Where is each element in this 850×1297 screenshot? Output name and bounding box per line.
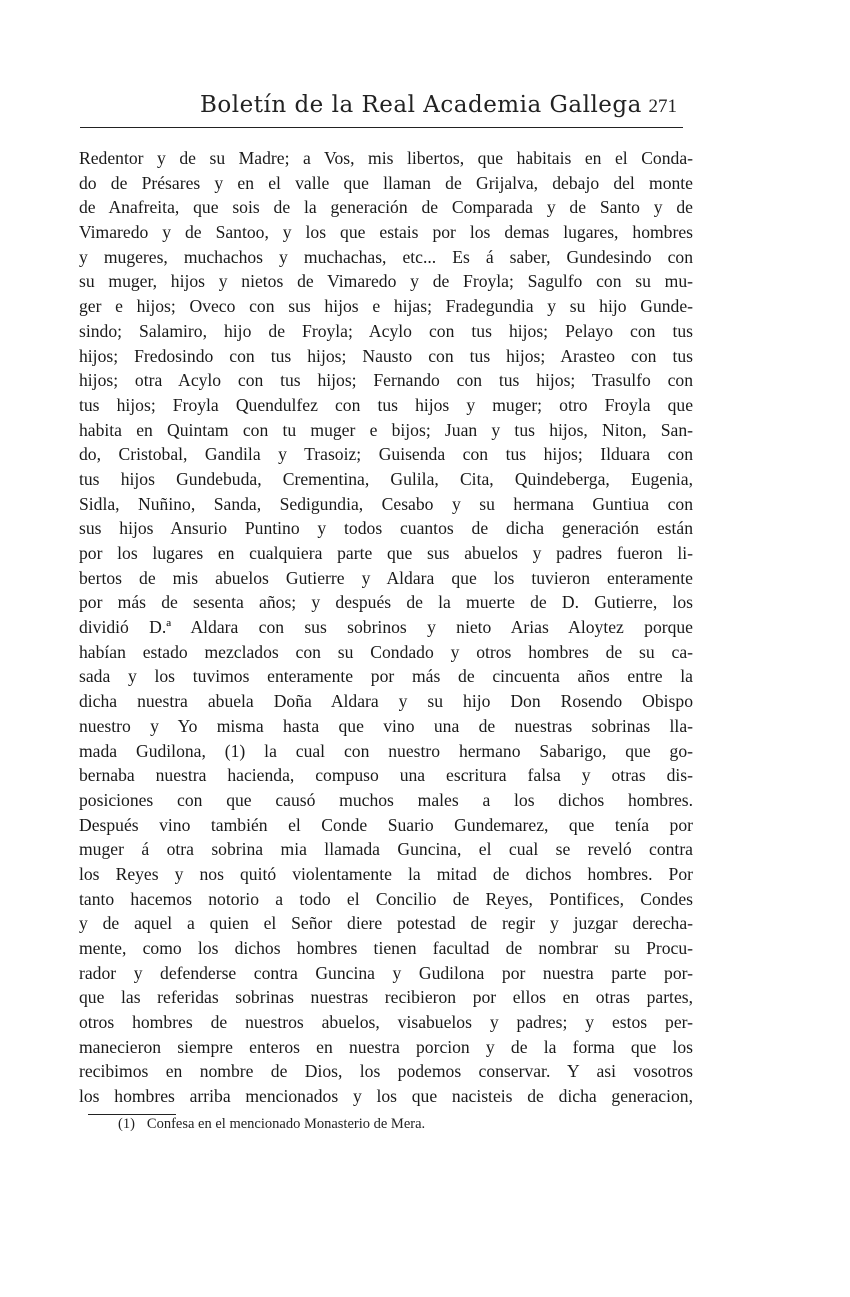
- page-number: 271: [649, 96, 678, 118]
- text-line: muger á otra sobrina mia llamada Guncina…: [79, 837, 693, 862]
- text-line: hijos; otra Acylo con tus hijos; Fernand…: [79, 368, 693, 393]
- text-line: los Reyes y nos quitó violentamente la m…: [79, 862, 693, 887]
- text-line: bernaba nuestra hacienda, compuso una es…: [79, 763, 693, 788]
- text-line: do, Cristobal, Gandila y Trasoiz; Guisen…: [79, 442, 693, 467]
- text-line: habían estado mezclados con su Condado y…: [79, 640, 693, 665]
- text-line: habita en Quintam con tu muger e bijos; …: [79, 418, 693, 443]
- footnote-marker: (1): [118, 1116, 135, 1132]
- text-line: tus hijos; Froyla Quendulfez con tus hij…: [79, 393, 693, 418]
- text-line: posiciones con que causó muchos males a …: [79, 788, 693, 813]
- footnote-text: Confesa en el mencionado Monasterio de M…: [147, 1116, 425, 1132]
- body-text: Redentor y de su Madre; a Vos, mis liber…: [79, 146, 693, 1109]
- text-line: dicha nuestra abuela Doña Aldara y su hi…: [79, 689, 693, 714]
- text-line: otros hombres de nuestros abuelos, visab…: [79, 1010, 693, 1035]
- text-line: de Anafreita, que sois de la generación …: [79, 195, 693, 220]
- text-line: y de aquel a quien el Señor diere potest…: [79, 911, 693, 936]
- text-line: su muger, hijos y nietos de Vimaredo y d…: [79, 269, 693, 294]
- text-line: Vimaredo y de Santoo, y los que estais p…: [79, 220, 693, 245]
- text-line: Sidla, Nuñino, Sanda, Sedigundia, Cesabo…: [79, 492, 693, 517]
- text-line: rador y defenderse contra Guncina y Gudi…: [79, 961, 693, 986]
- text-line: Después vino también el Conde Suario Gun…: [79, 813, 693, 838]
- journal-title: Boletín de la Real Academia Gallega: [200, 92, 642, 118]
- text-line: sus hijos Ansurio Puntino y todos cuanto…: [79, 516, 693, 541]
- text-line: Redentor y de su Madre; a Vos, mis liber…: [79, 146, 693, 171]
- text-line: mente, como los dichos hombres tienen fa…: [79, 936, 693, 961]
- text-line: ger e hijos; Oveco con sus hijos e hijas…: [79, 294, 693, 319]
- text-line: tanto hacemos notorio a todo el Concilio…: [79, 887, 693, 912]
- text-line: por más de sesenta años; y después de la…: [79, 590, 693, 615]
- running-header: Boletín de la Real Academia Gallega 271: [80, 92, 683, 128]
- text-line: y mugeres, muchachos y muchachas, etc...…: [79, 245, 693, 270]
- text-line: sada y los tuvimos enteramente por más d…: [79, 664, 693, 689]
- footnote: (1)Confesa en el mencionado Monasterio d…: [118, 1114, 425, 1134]
- text-line: recibimos en nombre de Dios, los podemos…: [79, 1059, 693, 1084]
- text-line: hijos; Fredosindo con tus hijos; Nausto …: [79, 344, 693, 369]
- text-line: bertos de mis abuelos Gutierre y Aldara …: [79, 566, 693, 591]
- text-line: dividió D.ª Aldara con sus sobrinos y ni…: [79, 615, 693, 640]
- text-line: tus hijos Gundebuda, Crementina, Gulila,…: [79, 467, 693, 492]
- text-line: que las referidas sobrinas nuestras reci…: [79, 985, 693, 1010]
- text-line: nuestro y Yo misma hasta que vino una de…: [79, 714, 693, 739]
- text-line: por los lugares en cualquiera parte que …: [79, 541, 693, 566]
- text-line: do de Présares y en el valle que llaman …: [79, 171, 693, 196]
- text-line: manecieron siempre enteros en nuestra po…: [79, 1035, 693, 1060]
- header-rule: [80, 127, 683, 128]
- text-line: mada Gudilona, (1) la cual con nuestro h…: [79, 739, 693, 764]
- text-line: los hombres arriba mencionados y los que…: [79, 1084, 693, 1109]
- text-line: sindo; Salamiro, hijo de Froyla; Acylo c…: [79, 319, 693, 344]
